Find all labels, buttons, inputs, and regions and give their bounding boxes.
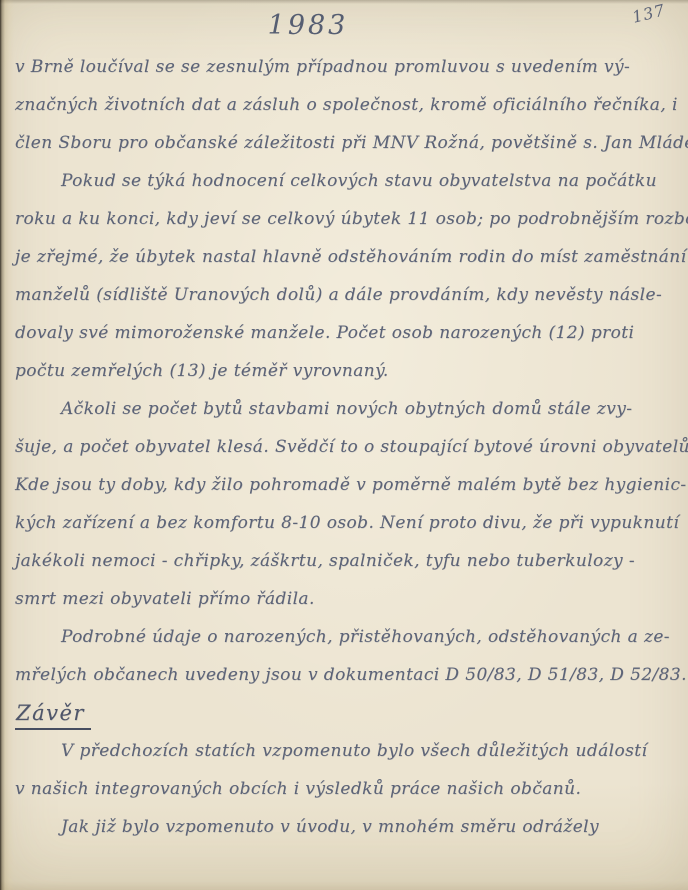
paragraph-farewell-speeches: v Brně loučíval se se zesnulým případnou…: [15, 48, 662, 162]
year-heading: 1983: [0, 10, 652, 41]
section-heading-zaver: Závěr: [15, 698, 91, 730]
scan-top-edge: [0, 0, 688, 4]
scan-left-edge: [0, 0, 14, 890]
manuscript-page: 137 1983 v Brně loučíval se se zesnulým …: [0, 0, 688, 890]
paragraph-housing-level: Ačkoli se počet bytů stavbami nových oby…: [15, 390, 662, 618]
paragraph-population-change: Pokud se týká hodnocení celkových stavu …: [15, 162, 662, 390]
section-heading-row: Závěr: [15, 694, 662, 732]
paragraph-documentation-reference: Podrobné údaje o narozených, přistěhovan…: [15, 618, 662, 694]
paragraph-conclusion-continuation: Jak již bylo vzpomenuto v úvodu, v mnohé…: [15, 808, 662, 846]
paragraph-conclusion-summary: V předchozích statích vzpomenuto bylo vš…: [15, 732, 662, 808]
manuscript-body: v Brně loučíval se se zesnulým případnou…: [15, 48, 662, 846]
